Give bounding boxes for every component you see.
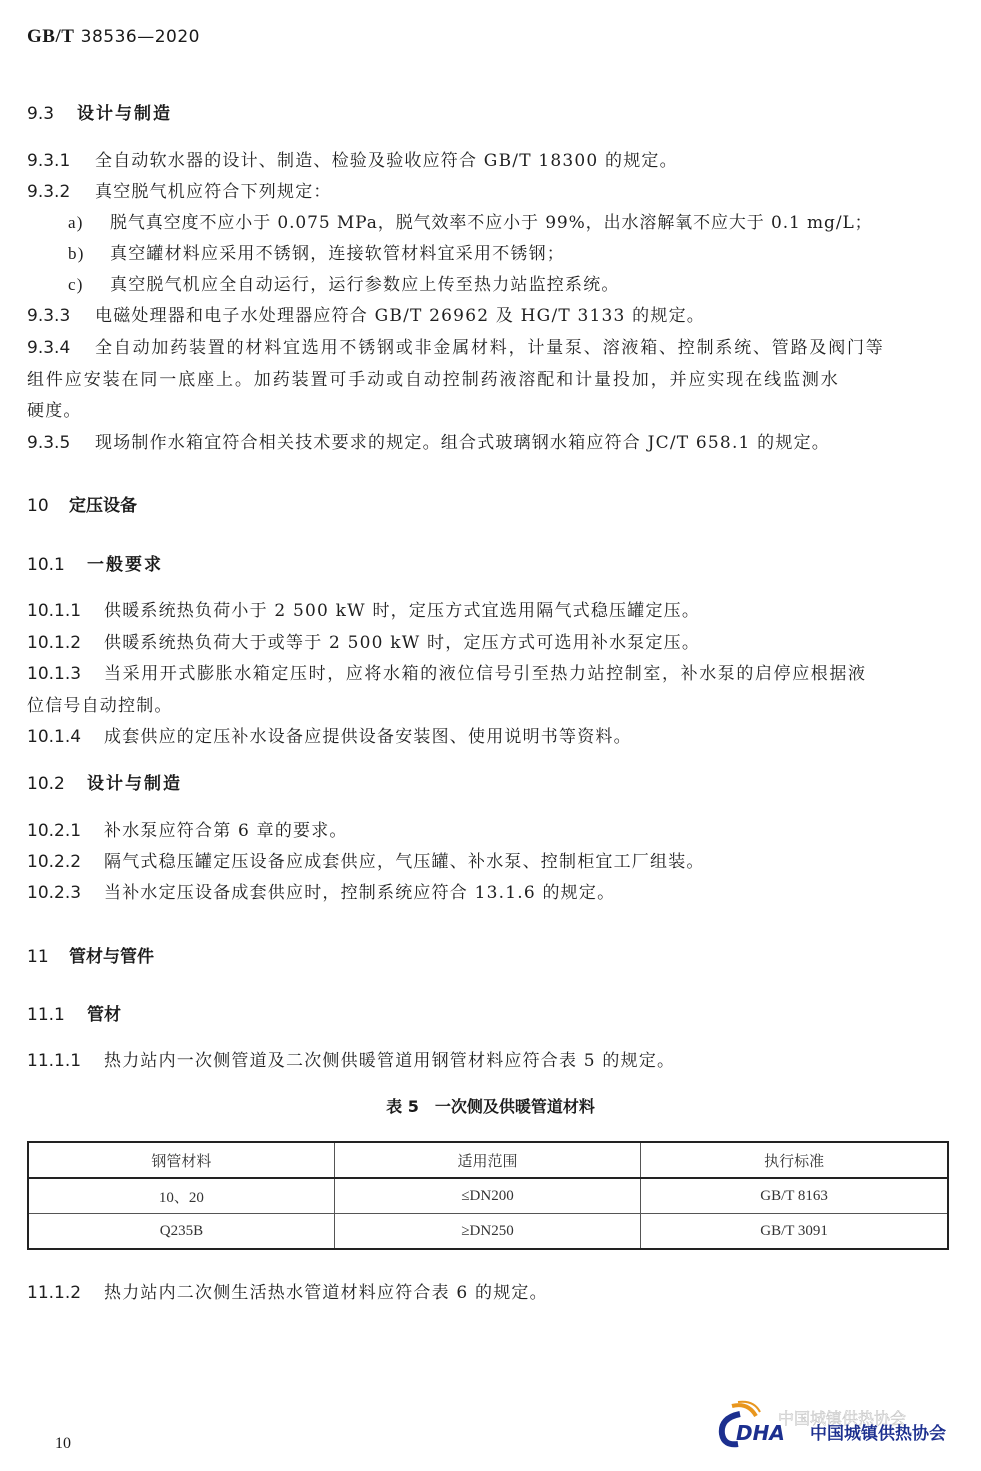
clause-10-1-1: 10.1.1供暖系统热负荷小于 2 500 kW 时，定压方式宜选用隔气式稳压罐… <box>27 596 700 621</box>
chapter-heading-10: 10定压设备 <box>27 491 137 516</box>
clause-10-2-2: 10.2.2隔气式稳压罐定压设备应成套供应，气压罐、补水泵、控制柜宜工厂组装。 <box>27 847 705 872</box>
section-title: 设计与制造 <box>77 104 172 124</box>
table-header-row: 钢管材料 适用范围 执行标准 <box>28 1142 948 1178</box>
table-caption: 表 5 一次侧及供暖管道材料 <box>0 1094 981 1117</box>
clause-10-2-3: 10.2.3当补水定压设备成套供应时，控制系统应符合 13.1.6 的规定。 <box>27 878 615 903</box>
section-heading-11-1: 11.1管材 <box>27 1000 121 1025</box>
table-cell: GB/T 3091 <box>641 1214 948 1250</box>
svg-text:中国城镇供热协会: 中国城镇供热协会 <box>810 1423 946 1444</box>
clause-9-3-5: 9.3.5现场制作水箱宜符合相关技术要求的规定。组合式玻璃钢水箱应符合 JC/T… <box>27 428 830 453</box>
table-row: Q235B ≥DN250 GB/T 3091 <box>28 1214 948 1250</box>
clause-9-3-4: 9.3.4全自动加药装置的材料宜选用不锈钢或非金属材料，计量泵、溶液箱、控制系统… <box>27 333 885 358</box>
clause-9-3-1: 9.3.1全自动软水器的设计、制造、检验及验收应符合 GB/T 18300 的规… <box>27 146 678 171</box>
section-heading-9-3: 9.3设计与制造 <box>27 99 172 124</box>
standard-number: 38536—2020 <box>81 27 200 47</box>
clause-10-1-2: 10.1.2供暖系统热负荷大于或等于 2 500 kW 时，定压方式可选用补水泵… <box>27 628 700 653</box>
column-header: 钢管材料 <box>28 1142 334 1178</box>
clause-10-1-4: 10.1.4成套供应的定压补水设备应提供设备安装图、使用说明书等资料。 <box>27 722 632 747</box>
material-table: 钢管材料 适用范围 执行标准 10、20 ≤DN200 GB/T 8163 Q2… <box>27 1141 949 1250</box>
section-heading-10-1: 10.1一般要求 <box>27 550 163 575</box>
association-logo: DHA 中国城镇供热协会 中国城镇供热协会 <box>714 1400 964 1448</box>
table-cell: GB/T 8163 <box>641 1178 948 1214</box>
clause-9-3-3: 9.3.3电磁处理器和电子水处理器应符合 GB/T 26962 及 HG/T 3… <box>27 301 705 326</box>
standard-code-header: GB/T 38536—2020 <box>27 26 200 48</box>
section-heading-10-2: 10.2设计与制造 <box>27 769 182 794</box>
table-cell: 10、20 <box>28 1178 334 1214</box>
table-cell: ≥DN250 <box>334 1214 640 1250</box>
clause-9-3-4-line2: 组件应安装在同一底座上。加药装置可手动或自动控制药液溶配和计量投加，并应实现在线… <box>27 365 840 390</box>
chapter-heading-11: 11管材与管件 <box>27 942 154 967</box>
table-cell: Q235B <box>28 1214 334 1250</box>
list-item-b: b)真空罐材料应采用不锈钢，连接软管材料宜采用不锈钢； <box>68 239 565 264</box>
clause-9-3-2: 9.3.2真空脱气机应符合下列规定： <box>27 177 332 202</box>
dha-logo-icon: DHA 中国城镇供热协会 中国城镇供热协会 <box>714 1400 964 1448</box>
table-row: 10、20 ≤DN200 GB/T 8163 <box>28 1178 948 1214</box>
table-cell: ≤DN200 <box>334 1178 640 1214</box>
clause-10-2-1: 10.2.1补水泵应符合第 6 章的要求。 <box>27 816 348 841</box>
standard-prefix: GB/T <box>27 26 74 47</box>
list-item-a: a)脱气真空度不应小于 0.075 MPa，脱气效率不应小于 99%，出水溶解氧… <box>68 208 873 233</box>
page-number: 10 <box>55 1435 71 1453</box>
clause-11-1-1: 11.1.1热力站内一次侧管道及二次侧供暖管道用钢管材料应符合表 5 的规定。 <box>27 1046 675 1071</box>
column-header: 适用范围 <box>334 1142 640 1178</box>
list-item-c: c)真空脱气机应全自动运行，运行参数应上传至热力站监控系统。 <box>68 270 620 295</box>
clause-9-3-4-line3: 硬度。 <box>27 396 82 421</box>
clause-10-1-3-line2: 位信号自动控制。 <box>27 691 173 716</box>
clause-10-1-3: 10.1.3当采用开式膨胀水箱定压时，应将水箱的液位信号引至热力站控制室，补水泵… <box>27 659 867 684</box>
clause-11-1-2: 11.1.2热力站内二次侧生活热水管道材料应符合表 6 的规定。 <box>27 1278 548 1303</box>
column-header: 执行标准 <box>641 1142 948 1178</box>
